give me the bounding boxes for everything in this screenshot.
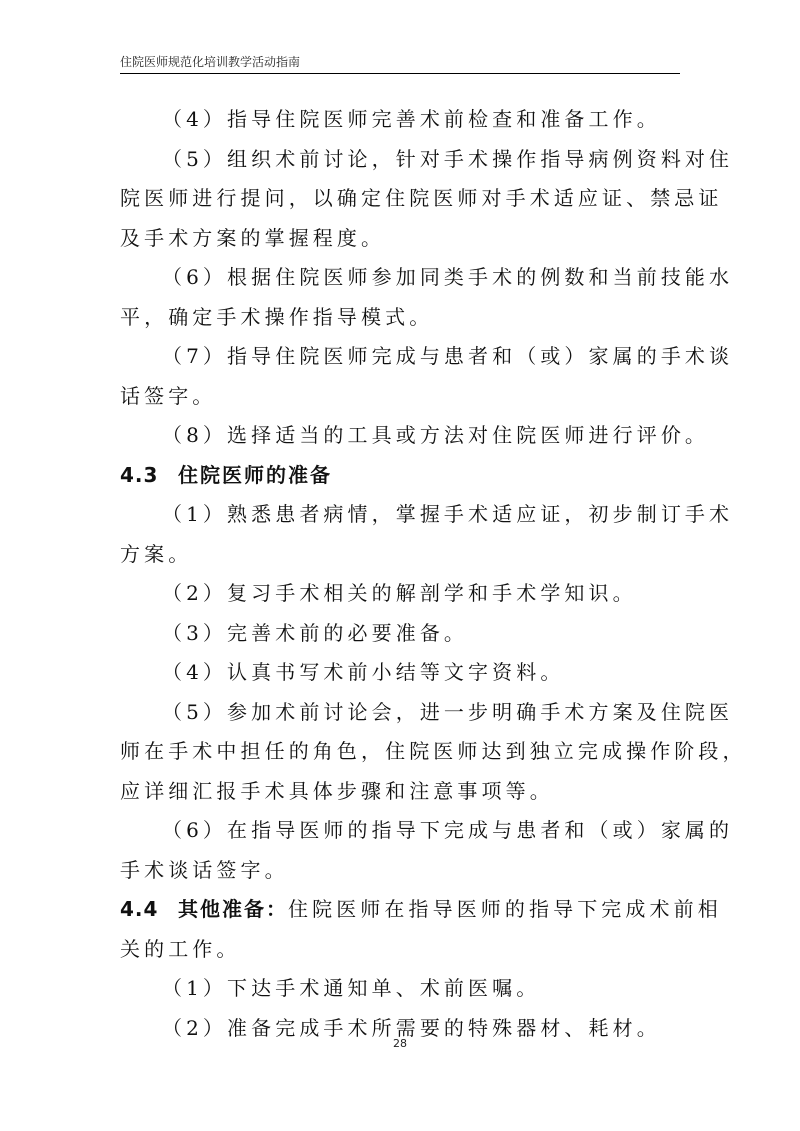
paragraph-line: （1）下达手术通知单、术前医嘱。 [120, 969, 680, 1009]
paragraph-line: 师在手术中担任的角色，住院医师达到独立完成操作阶段， [120, 732, 680, 772]
paragraph-line: 话签字。 [120, 377, 680, 417]
section-title: 住院医师的准备 [178, 463, 332, 487]
paragraph-line: 平，确定手术操作指导模式。 [120, 298, 680, 338]
paragraph-line: 方案。 [120, 535, 680, 575]
paragraph-line: （6）在指导医师的指导下完成与患者和（或）家属的 [120, 811, 680, 851]
paragraph-line: （1）熟悉患者病情，掌握手术适应证，初步制订手术 [120, 495, 680, 535]
paragraph-line: （5）参加术前讨论会，进一步明确手术方案及住院医 [120, 693, 680, 733]
paragraph-line: 手术谈话签字。 [120, 851, 680, 891]
paragraph-line: 应详细汇报手术具体步骤和注意事项等。 [120, 772, 680, 812]
header-rule [120, 73, 680, 74]
page-body: （4）指导住院医师完善术前检查和准备工作。 （5）组织术前讨论，针对手术操作指导… [120, 100, 680, 1048]
running-header: 住院医师规范化培训教学活动指南 [120, 54, 680, 74]
paragraph-line: （6）根据住院医师参加同类手术的例数和当前技能水 [120, 258, 680, 298]
section-number: 4.4 [120, 890, 178, 930]
paragraph-line: （5）组织术前讨论，针对手术操作指导病例资料对住 [120, 140, 680, 180]
header-title: 住院医师规范化培训教学活动指南 [120, 54, 300, 70]
paragraph-line: 及手术方案的掌握程度。 [120, 219, 680, 259]
paragraph-line: （3）完善术前的必要准备。 [120, 614, 680, 654]
paragraph-line: 关的工作。 [120, 930, 680, 970]
page-number: 28 [0, 1037, 800, 1050]
paragraph-line: （4）认真书写术前小结等文字资料。 [120, 653, 680, 693]
paragraph-line: （4）指导住院医师完善术前检查和准备工作。 [120, 100, 680, 140]
section-heading-4-3: 4.3住院医师的准备 [120, 456, 680, 496]
paragraph-line: （8）选择适当的工具或方法对住院医师进行评价。 [120, 416, 680, 456]
paragraph-line: （7）指导住院医师完成与患者和（或）家属的手术谈 [120, 337, 680, 377]
section-title: 其他准备： [178, 897, 288, 921]
section-heading-4-4: 4.4其他准备：住院医师在指导医师的指导下完成术前相 [120, 890, 680, 930]
section-number: 4.3 [120, 456, 178, 496]
paragraph-line: （2）复习手术相关的解剖学和手术学知识。 [120, 574, 680, 614]
paragraph-line: 院医师进行提问，以确定住院医师对手术适应证、禁忌证 [120, 179, 680, 219]
section-intro: 住院医师在指导医师的指导下完成术前相 [288, 897, 722, 921]
